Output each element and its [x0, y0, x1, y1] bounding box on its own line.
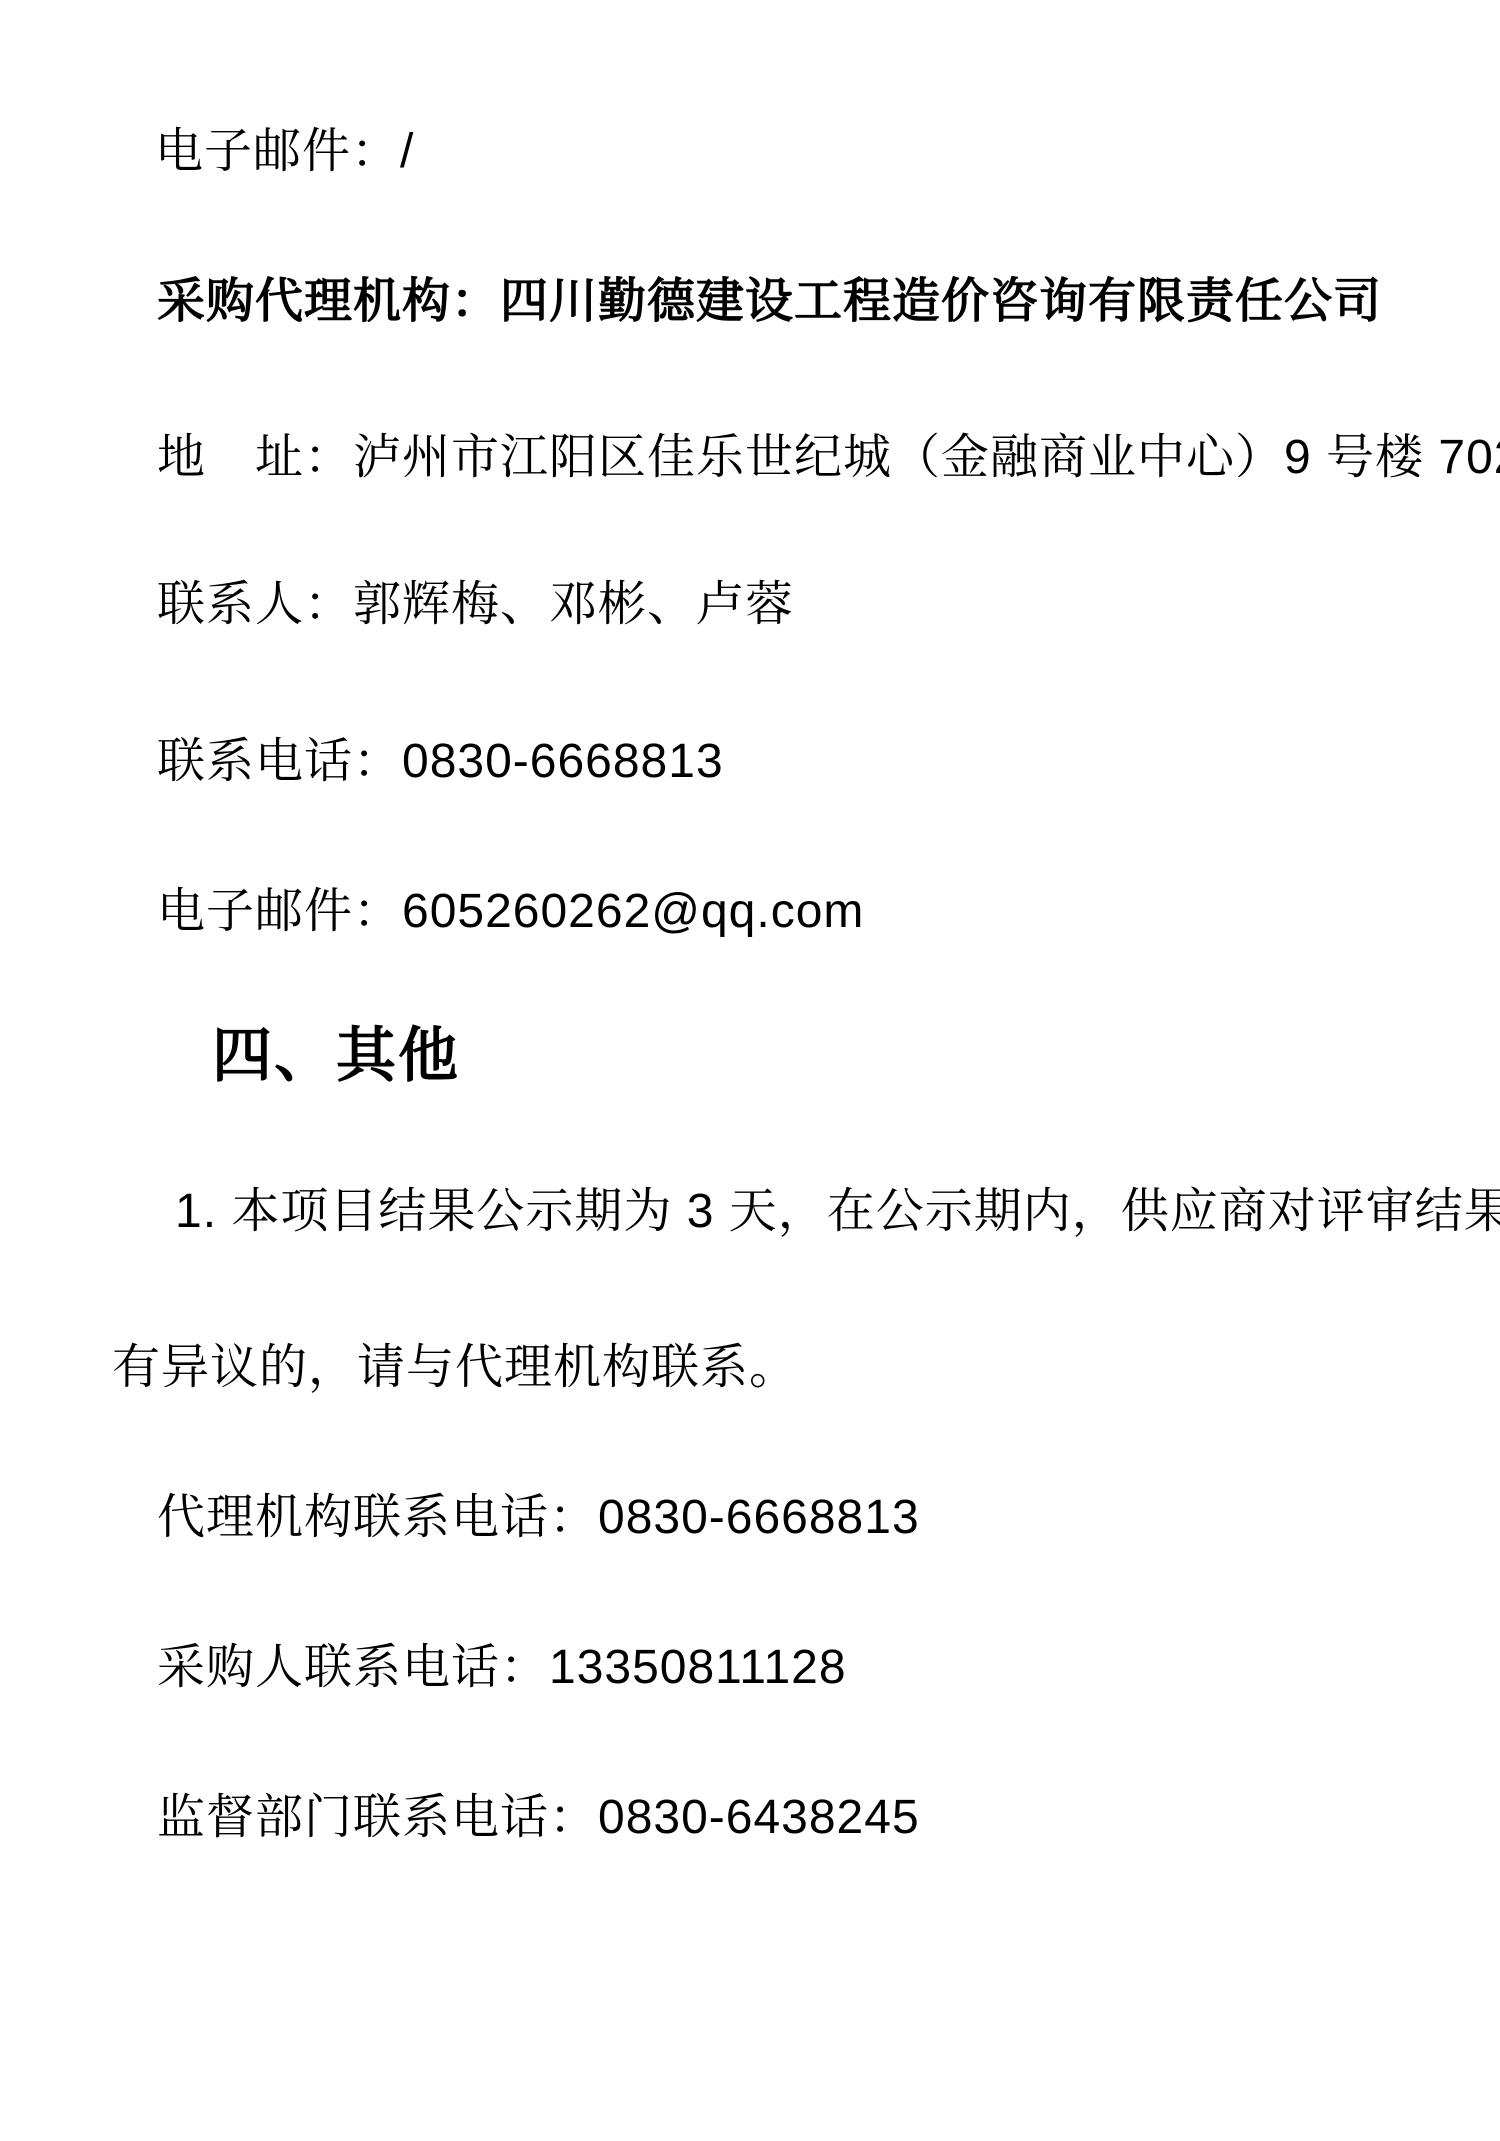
agency-phone-line: 代理机构联系电话：0830-6668813 [157, 1478, 920, 1547]
email-slash-line: 电子邮件：/ [155, 112, 414, 181]
contact-phone-line: 联系电话：0830-6668813 [157, 722, 724, 791]
purchaser-phone-line: 采购人联系电话：13350811128 [157, 1628, 847, 1697]
agency-address-line: 地 址：泸州市江阳区佳乐世纪城（金融商业中心）9 号楼 702 号 [157, 418, 1500, 487]
contact-person-line: 联系人：郭辉梅、邓彬、卢蓉 [157, 565, 794, 634]
document-page: 电子邮件：/ 采购代理机构：四川勤德建设工程造价咨询有限责任公司 地 址：泸州市… [0, 0, 1500, 2141]
agency-name-line: 采购代理机构：四川勤德建设工程造价咨询有限责任公司 [157, 262, 1382, 331]
supervision-phone-line: 监督部门联系电话：0830-6438245 [157, 1778, 920, 1847]
agency-email-line: 电子邮件：605260262@qq.com [157, 872, 864, 941]
notice-paragraph-line-2: 有异议的，请与代理机构联系。 [112, 1328, 798, 1397]
section-heading: 四、其他 [212, 1008, 460, 1094]
notice-paragraph-line-1: 1. 本项目结果公示期为 3 天，在公示期内，供应商对评审结果和成交候选人 [175, 1172, 1500, 1241]
